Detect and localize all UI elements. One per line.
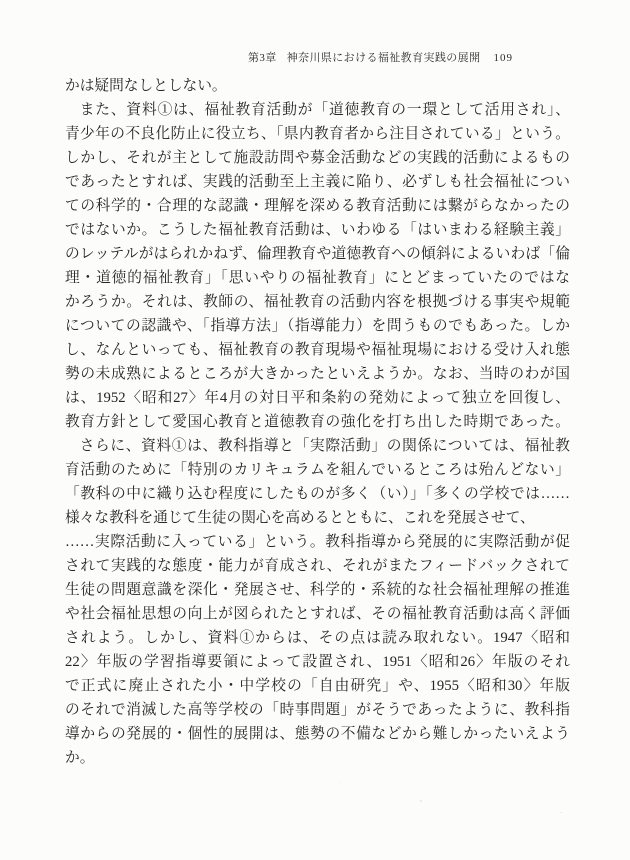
text-line: また、資料①は、福祉教育活動が「道徳教育の一環として活用され」、 — [65, 98, 570, 122]
text-line: か。 — [65, 746, 570, 770]
text-line: は、1952〈昭和27〉年4月の対日平和条約の発効によって独立を回復し、 — [65, 386, 570, 410]
text-line: しかし、それが主として施設訪問や募金活動などの実践的活動によるもの — [65, 146, 570, 170]
text-line: し、なんといっても、福祉教育の教育現場や福祉現場における受け入れ態 — [65, 338, 570, 362]
chapter-title: 神奈川県における福祉教育実践の展開 — [287, 52, 481, 64]
text-line: されて実践的な態度・能力が育成され、それがまたフィードバックされて — [65, 554, 570, 578]
scan-artifact — [340, 782, 341, 783]
text-line: 22〉年版の学習指導要領によって設置され、1951〈昭和26〉年版のそれ — [65, 650, 570, 674]
text-line: さらに、資料①は、教科指導と「実際活動」の関係については、福祉教 — [65, 434, 570, 458]
text-line: ……実際活動に入っている」という。教科指導から発展的に実際活動が促 — [65, 530, 570, 554]
text-line: ではないか。こうした福祉教育活動は、いわゆる「はいまわる経験主義」 — [65, 218, 570, 242]
chapter-label: 第3章 — [248, 52, 277, 64]
text-line: ての科学的・合理的な認識・理解を深める教育活動には繋がらなかったの — [65, 194, 570, 218]
page-number: 109 — [494, 52, 514, 64]
text-line: 導からの発展的・個性的展開は、態勢の不備などから難しかったいえよう — [65, 722, 570, 746]
text-line: についての認識や、「指導方法」（指導能力）を問うものでもあった。しか — [65, 314, 570, 338]
text-line: のそれで消滅した高等学校の「時事問題」がそうであったように、教科指 — [65, 698, 570, 722]
text-line: 青少年の不良化防止に役立ち、「県内教育者から注目されている」という。 — [65, 122, 570, 146]
text-line: 理・道徳的福祉教育」「思いやりの福祉教育」にとどまっていたのではな — [65, 266, 570, 290]
text-line: であったとすれば、実践的活動至上主義に陥り、必ずしも社会福祉につい — [65, 170, 570, 194]
scan-artifact — [560, 812, 562, 813]
page-header: 第3章神奈川県における福祉教育実践の展開109 — [0, 49, 513, 65]
scan-artifact — [420, 800, 422, 802]
text-line: かろうか。それは、教師の、福祉教育の活動内容を根拠づける事実や規範 — [65, 290, 570, 314]
text-line: で正式に廃止された小・中学校の「自由研究」や、1955〈昭和30〉年版 — [65, 674, 570, 698]
text-line: や社会福祉思想の向上が図られたとすれば、その福祉教育活動は高く評価 — [65, 602, 570, 626]
text-line: かは疑問なしとしない。 — [65, 74, 570, 98]
text-line: 「教科の中に織り込む程度にしたものが多く（い）」「多くの学校では…… — [65, 482, 570, 506]
text-line: 育活動のために「特別のカリキュラムを組んでいるところは殆んどない」 — [65, 458, 570, 482]
text-line: されよう。しかし、資料①からは、その点は読み取れない。1947〈昭和 — [65, 626, 570, 650]
text-line: 様々な教科を通じて生徒の関心を高めるとともに、これを発展させて、 — [65, 506, 570, 530]
text-line: 勢の未成熟によるところが大きかったといえようか。なお、当時のわが国 — [65, 362, 570, 386]
text-line: のレッテルがはられかねず、倫理教育や道徳教育への傾斜によるいわば「倫 — [65, 242, 570, 266]
body-text: かは疑問なしとしない。 また、資料①は、福祉教育活動が「道徳教育の一環として活用… — [65, 74, 570, 770]
text-line: 教育方針として愛国心教育と道徳教育の強化を打ち出した時期であった。 — [65, 410, 570, 434]
text-line: 生徒の問題意識を深化・発展させ、科学的・系統的な社会福祉理解の推進 — [65, 578, 570, 602]
book-page: 第3章神奈川県における福祉教育実践の展開109 かは疑問なしとしない。 また、資… — [0, 0, 630, 860]
